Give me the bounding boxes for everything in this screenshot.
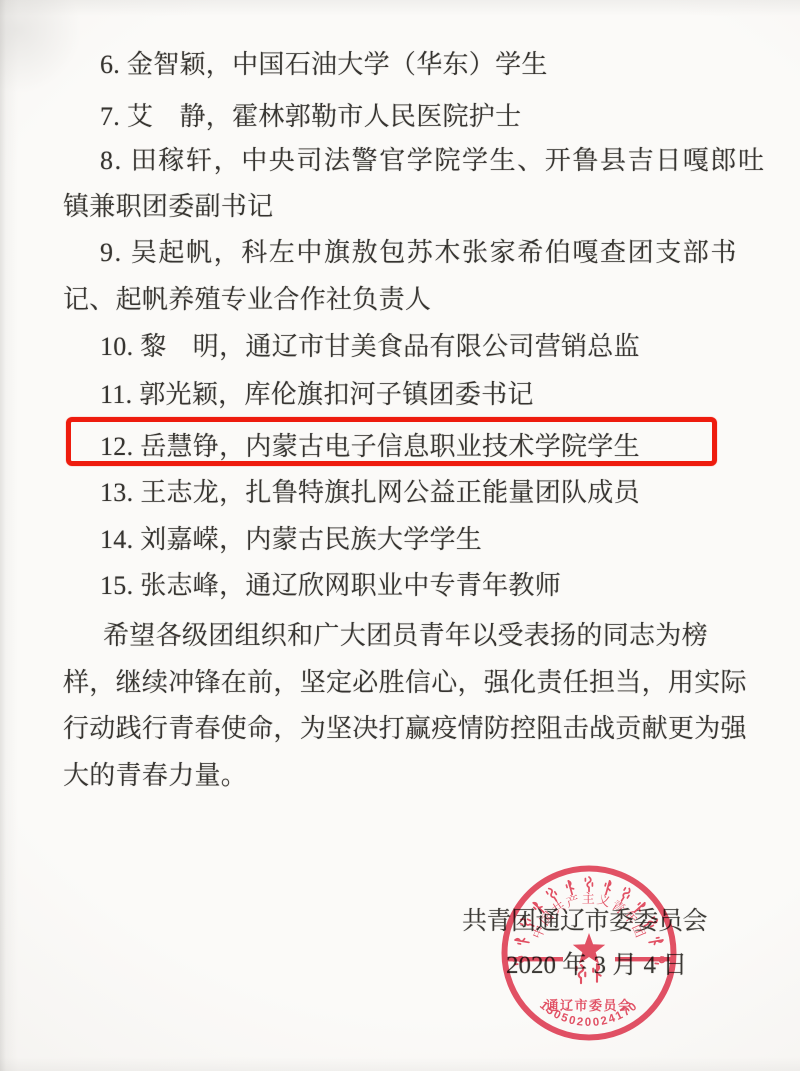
- scanned-document-page: 6. 金智颖，中国石油大学（华东）学生 7. 艾 静，霍林郭勒市人民医院护士 8…: [0, 0, 800, 1071]
- official-seal: 中国共产主义青年团 通辽市委员会 1505020024170: [494, 858, 684, 1048]
- list-item-15: 15. 张志峰，通辽欣网职业中专青年教师: [100, 569, 561, 603]
- seal-right-bar: [615, 957, 671, 961]
- seal-left-bar: [507, 957, 563, 961]
- seal-mongolian-center: [577, 964, 601, 983]
- list-item-13: 13. 王志龙，扎鲁特旗扎网公益正能量团队成员: [100, 476, 640, 510]
- list-item-10: 10. 黎 明，通辽市甘美食品有限公司营销总监: [100, 330, 640, 364]
- list-item-8-line1: 8. 田稼轩，中央司法警官学院学生、开鲁县吉日嘎郎吐: [100, 144, 766, 178]
- seal-star-icon: [573, 933, 605, 964]
- list-item-9-line1: 9. 吴起帆，科左中旗敖包苏木张家希伯嘎查团支部书: [100, 236, 738, 270]
- list-item-8-line2: 镇兼职团委副书记: [63, 190, 273, 224]
- list-item-7: 7. 艾 静，霍林郭勒市人民医院护士: [100, 100, 521, 134]
- paragraph-line-1: 希望各级团组织和广大团员青年以受表扬的同志为榜: [103, 619, 708, 653]
- list-item-14: 14. 刘嘉嵘，内蒙古民族大学学生: [100, 523, 482, 557]
- paragraph-line-2: 样，继续冲锋在前，坚定必胜信心，强化责任担当，用实际: [63, 666, 747, 700]
- paragraph-line-3: 行动践行青春使命，为坚决打赢疫情防控阻击战贡献更为强: [63, 712, 747, 746]
- list-item-11: 11. 郭光颖，库伦旗扣河子镇团委书记: [100, 378, 534, 412]
- list-item-12-highlighted: 12. 岳慧铮，内蒙古电子信息职业技术学院学生: [100, 430, 640, 464]
- list-item-9-line2: 记、起帆养殖专业合作社负责人: [63, 283, 431, 317]
- list-item-6: 6. 金智颖，中国石油大学（华东）学生: [100, 48, 548, 82]
- paragraph-line-4: 大的青春力量。: [63, 759, 247, 793]
